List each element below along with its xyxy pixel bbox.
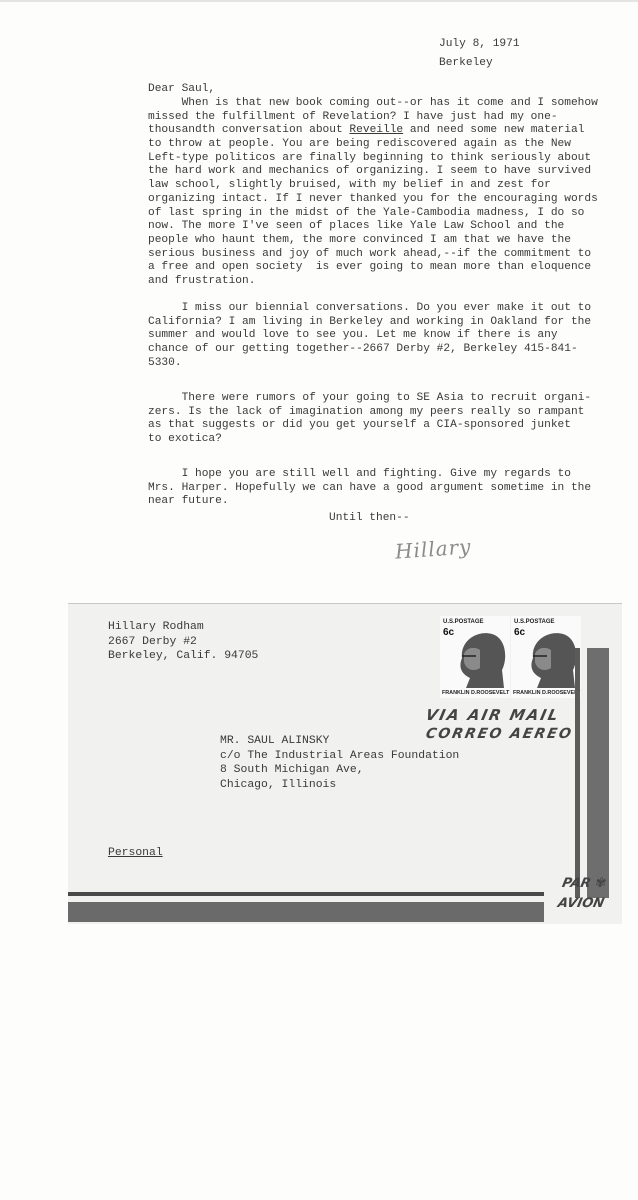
- text-line: to exotica?: [148, 433, 608, 447]
- text-segment: thousandth conversation about: [148, 124, 349, 136]
- par-avion-label: PAR ✾ AVION: [556, 874, 611, 914]
- via-air-mail-label: VIA AIR MAIL: [424, 706, 561, 724]
- text-line: zers. Is the lack of imagination among m…: [148, 406, 608, 420]
- portrait-icon: [452, 628, 508, 688]
- salutation: Dear Saul,: [148, 83, 215, 95]
- paragraph-2: I miss our biennial conversations. Do yo…: [148, 302, 608, 370]
- text-line: thousandth conversation about Reveille a…: [148, 124, 608, 138]
- airmail-stripe: [68, 892, 544, 896]
- text-line: There were rumors of your going to SE As…: [148, 392, 608, 406]
- airmail-stripe: [587, 648, 609, 898]
- text-line: serious business and joy of much work ah…: [148, 248, 608, 262]
- stamp-label: U.S.POSTAGE: [443, 619, 484, 625]
- text-line: chance of our getting together--2667 Der…: [148, 343, 608, 357]
- address-line: Hillary Rodham: [108, 620, 258, 635]
- text-line: people who haunt them, the more convince…: [148, 234, 608, 248]
- text-line: I hope you are still well and fighting. …: [148, 468, 608, 482]
- paragraph-4: I hope you are still well and fighting. …: [148, 468, 608, 509]
- address-line: Berkeley, Calif. 94705: [108, 649, 258, 664]
- text-line: summer and would love to see you. Let me…: [148, 329, 608, 343]
- text-line: now. The more I've seen of places like Y…: [148, 220, 608, 234]
- letter-place: Berkeley: [439, 57, 493, 69]
- paragraph-3: There were rumors of your going to SE As…: [148, 392, 608, 447]
- text-line: and frustration.: [148, 275, 608, 289]
- text-line: I miss our biennial conversations. Do yo…: [148, 302, 608, 316]
- closing: Until then--: [329, 512, 410, 524]
- postage-stamp: U.S.POSTAGE 6c FRANKLIN D.ROOSEVELT: [440, 616, 510, 698]
- text-line: of last spring in the midst of the Yale-…: [148, 207, 608, 221]
- text-line: When is that new book coming out--or has…: [148, 97, 608, 111]
- signature: Hillary: [394, 534, 472, 563]
- text-line: as that suggests or did you get yourself…: [148, 419, 608, 433]
- stamp-name: FRANKLIN D.ROOSEVELT: [442, 690, 509, 696]
- text-line: Mrs. Harper. Hopefully we can have a goo…: [148, 482, 608, 496]
- return-address: Hillary Rodham 2667 Derby #2 Berkeley, C…: [108, 620, 258, 664]
- par-avion-line: PAR ✾: [560, 874, 610, 894]
- portrait-icon: [523, 628, 579, 688]
- recipient-address: MR. SAUL ALINSKY c/o The Industrial Area…: [220, 734, 459, 792]
- par-avion-line: AVION: [556, 894, 606, 914]
- stamp-name: FRANKLIN D.ROOSEVELT: [513, 690, 580, 696]
- text-line: to throw at people. You are being redisc…: [148, 138, 608, 152]
- airmail-stripe: [575, 648, 580, 898]
- envelope: Hillary Rodham 2667 Derby #2 Berkeley, C…: [68, 603, 622, 924]
- letter-date: July 8, 1971: [439, 38, 520, 50]
- text-line: the hard work and mechanics of organizin…: [148, 165, 608, 179]
- personal-notation: Personal: [108, 847, 163, 859]
- address-line: MR. SAUL ALINSKY: [220, 734, 459, 749]
- text-line: Left-type politicos are finally beginnin…: [148, 152, 608, 166]
- text-line: 5330.: [148, 357, 608, 371]
- text-line: near future.: [148, 495, 608, 509]
- paragraph-1: When is that new book coming out--or has…: [148, 97, 608, 289]
- text-line: law school, slightly bruised, with my be…: [148, 179, 608, 193]
- address-line: Chicago, Illinois: [220, 778, 459, 793]
- text-line: missed the fulfillment of Revelation? I …: [148, 111, 608, 125]
- text-line: a free and open society is ever going to…: [148, 261, 608, 275]
- text-line: organizing intact. If I never thanked yo…: [148, 193, 608, 207]
- address-line: c/o The Industrial Areas Foundation: [220, 749, 459, 764]
- stamp-label: U.S.POSTAGE: [514, 619, 555, 625]
- address-line: 2667 Derby #2: [108, 635, 258, 650]
- airmail-stripe: [68, 902, 544, 922]
- address-line: 8 South Michigan Ave,: [220, 763, 459, 778]
- scan-top-edge: [0, 0, 638, 2]
- text-line: California? I am living in Berkeley and …: [148, 316, 608, 330]
- book-title: Reveille: [349, 124, 403, 136]
- text-segment: and need some new material: [403, 124, 584, 136]
- postage-stamp: U.S.POSTAGE 6c FRANKLIN D.ROOSEVELT: [511, 616, 581, 698]
